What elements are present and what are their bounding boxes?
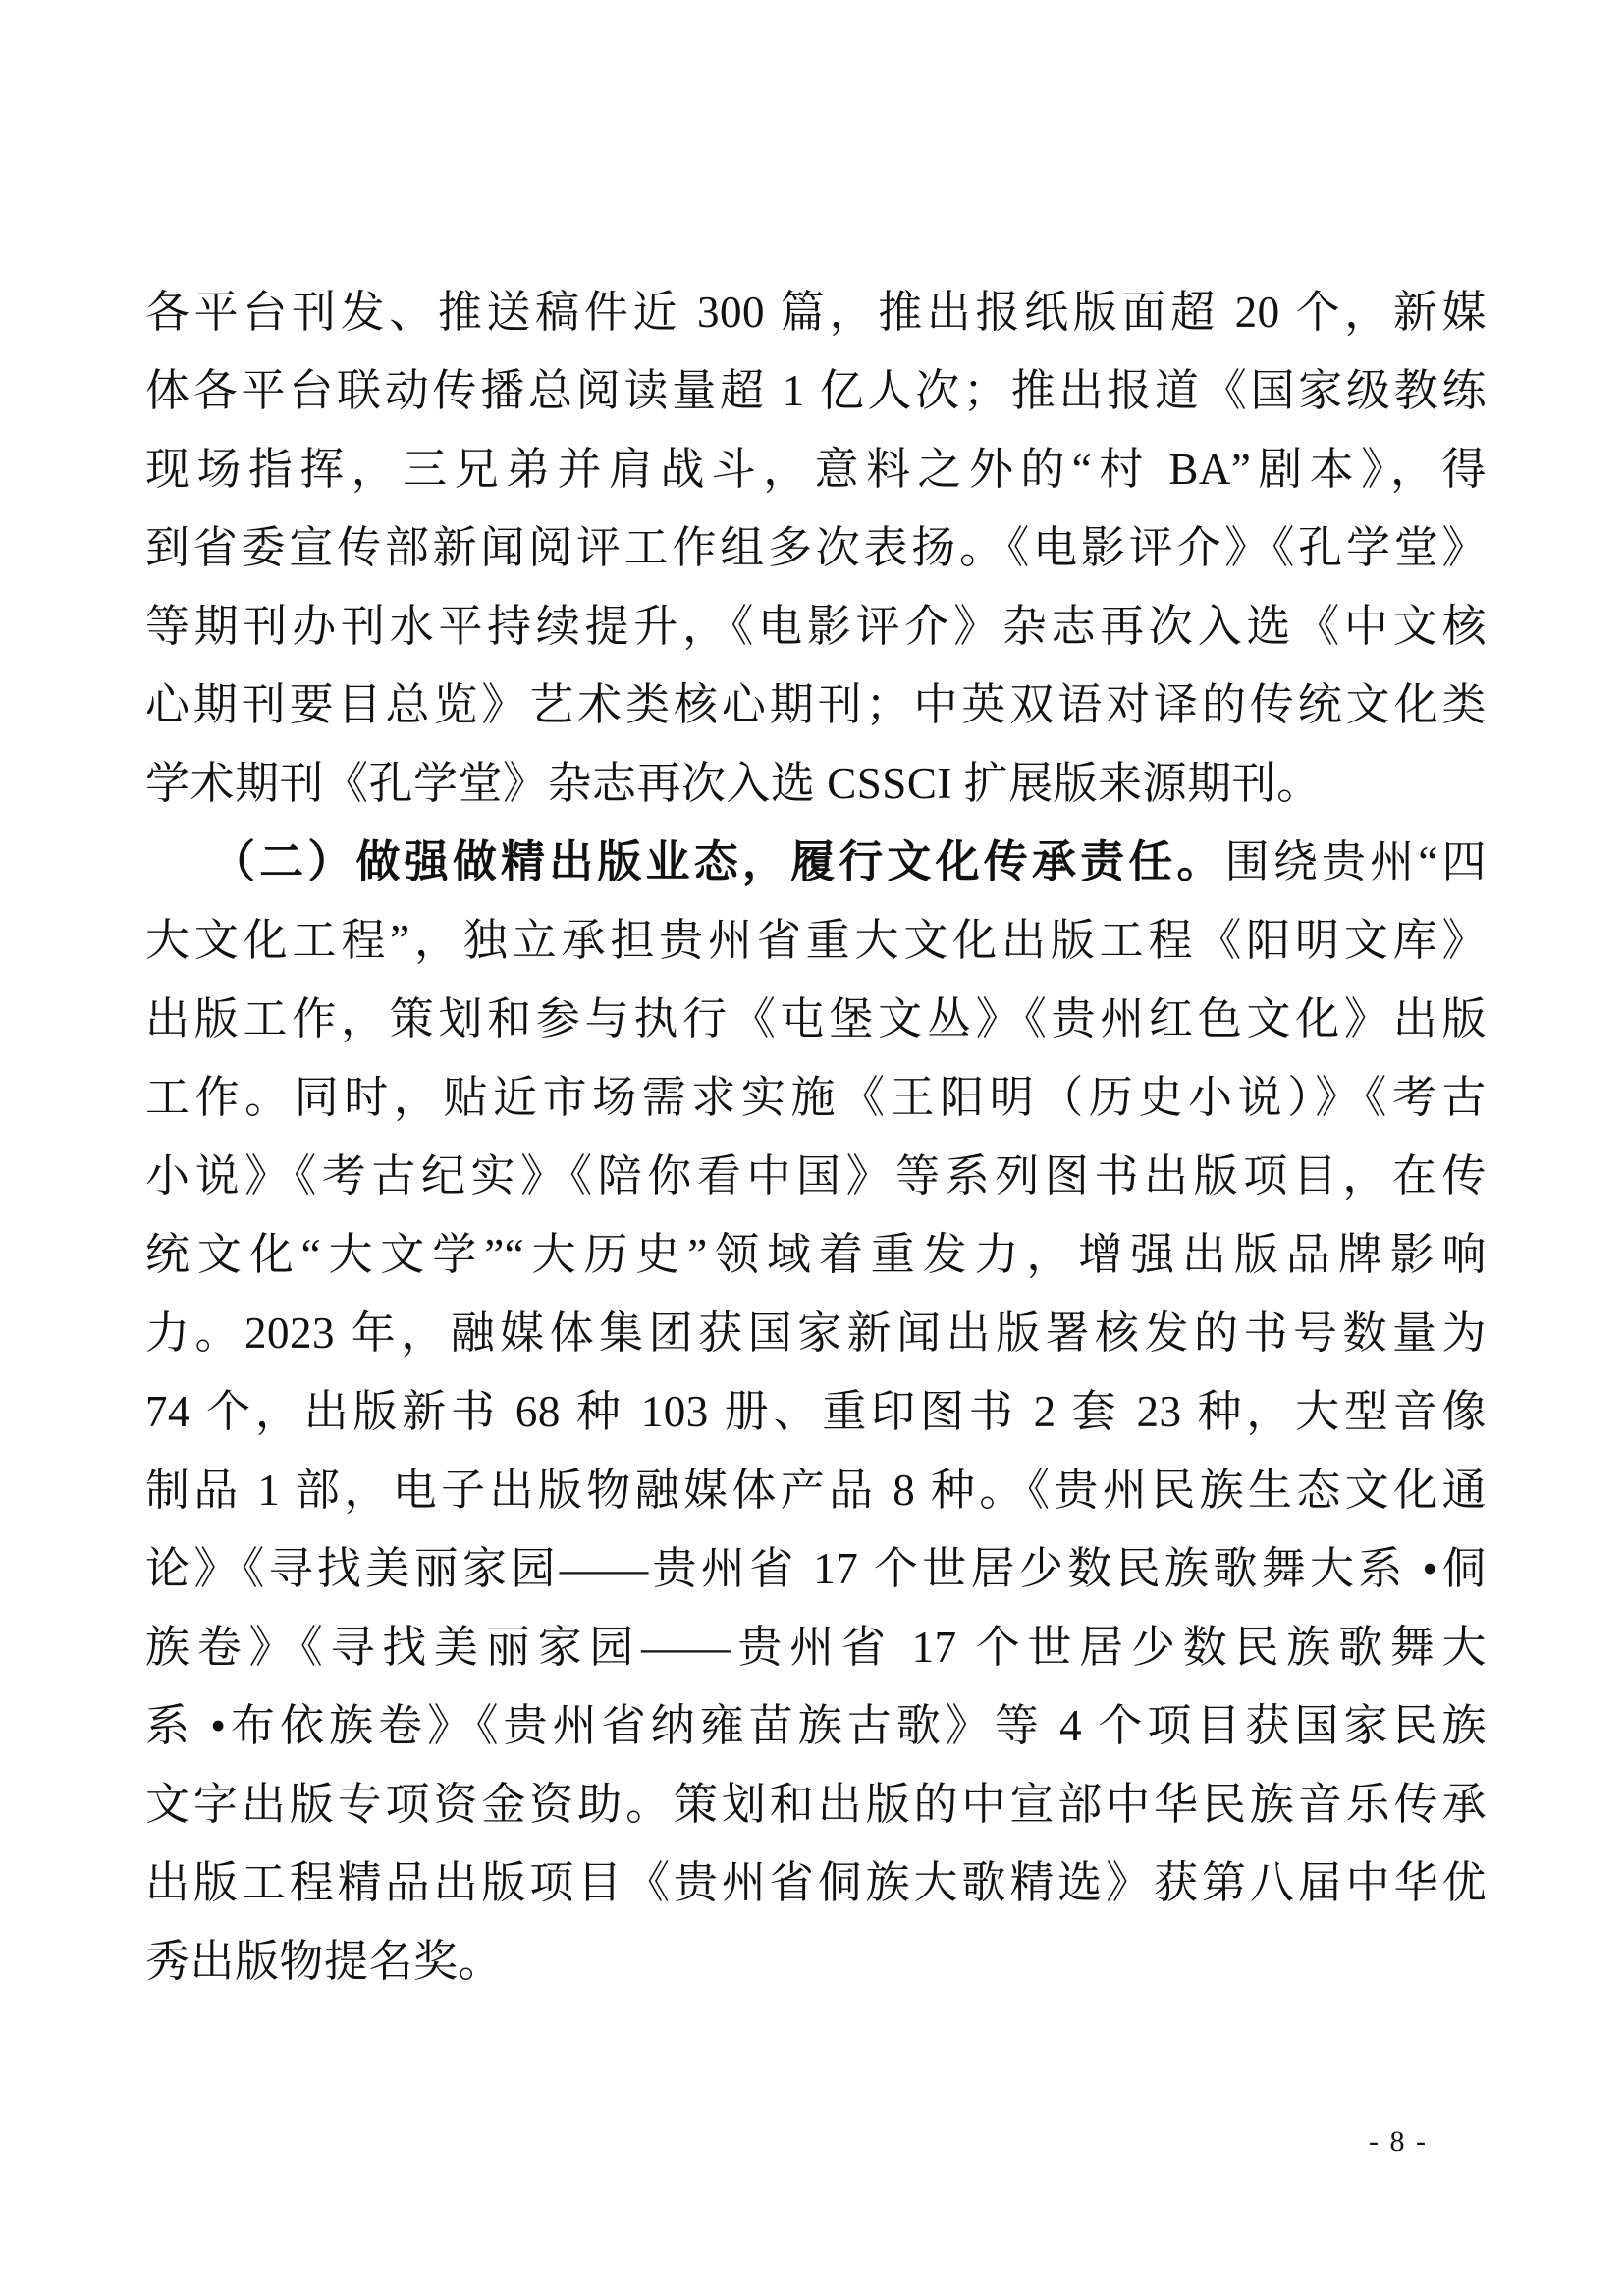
text-segment: 制品 1 部，电子出版物融媒体产品 8 种。《贵州民族生态文化通	[145, 1466, 1487, 1515]
text-line: 小说》《考古纪实》《陪你看中国》等系列图书出版项目，在传	[145, 1137, 1487, 1215]
text-line: （二）做强做精出版业态，履行文化传承责任。围绕贵州“四	[145, 823, 1487, 901]
text-segment: 工作。同时，贴近市场需求实施《王阳明（历史小说）》《考古	[145, 1073, 1487, 1122]
paragraph: 各平台刊发、推送稿件近 300 篇，推出报纸版面超 20 个，新媒体各平台联动传…	[145, 273, 1487, 823]
text-segment: 到省委宣传部新闻阅评工作组多次表扬。《电影评介》《孔学堂》	[145, 523, 1487, 572]
text-line: 工作。同时，贴近市场需求实施《王阳明（历史小说）》《考古	[145, 1058, 1487, 1137]
text-segment: 心期刊要目总览》艺术类核心期刊；中英双语对译的传统文化类	[145, 680, 1487, 729]
text-line: 统文化“大文学”“大历史”领域着重发力，增强出版品牌影响	[145, 1215, 1487, 1294]
text-line: 力。2023 年，融媒体集团获国家新闻出版署核发的书号数量为	[145, 1294, 1487, 1372]
text-segment: 74 个，出版新书 68 种 103 册、重印图书 2 套 23 种，大型音像	[145, 1387, 1487, 1436]
text-line: 出版工程精品出版项目《贵州省侗族大歌精选》获第八届中华优	[145, 1843, 1487, 1922]
text-segment: 文字出版专项资金资助。策划和出版的中宣部中华民族音乐传承	[145, 1780, 1487, 1829]
text-segment: 族卷》《寻找美丽家园——贵州省 17 个世居少数民族歌舞大	[145, 1623, 1487, 1672]
text-segment: 系 •布依族卷》《贵州省纳雍苗族古歌》等 4 个项目获国家民族	[145, 1701, 1487, 1750]
text-line: 心期刊要目总览》艺术类核心期刊；中英双语对译的传统文化类	[145, 666, 1487, 744]
text-line: 出版工作，策划和参与执行《屯堡文丛》《贵州红色文化》出版	[145, 980, 1487, 1058]
text-segment: 统文化“大文学”“大历史”领域着重发力，增强出版品牌影响	[145, 1230, 1487, 1279]
text-line: 论》《寻找美丽家园——贵州省 17 个世居少数民族歌舞大系 •侗	[145, 1529, 1487, 1608]
text-line: 到省委宣传部新闻阅评工作组多次表扬。《电影评介》《孔学堂》	[145, 508, 1487, 587]
text-segment: 出版工程精品出版项目《贵州省侗族大歌精选》获第八届中华优	[145, 1858, 1487, 1907]
paragraph: （二）做强做精出版业态，履行文化传承责任。围绕贵州“四大文化工程”，独立承担贵州…	[145, 823, 1487, 2001]
text-line: 等期刊办刊水平持续提升，《电影评介》杂志再次入选《中文核	[145, 587, 1487, 666]
text-segment: 秀出版物提名奖。	[145, 1937, 503, 1986]
text-line: 文字出版专项资金资助。策划和出版的中宣部中华民族音乐传承	[145, 1765, 1487, 1843]
text-line: 制品 1 部，电子出版物融媒体产品 8 种。《贵州民族生态文化通	[145, 1451, 1487, 1529]
text-segment: 现场指挥，三兄弟并肩战斗，意料之外的“村 BA”剧本》，得	[145, 445, 1487, 494]
text-line: 现场指挥，三兄弟并肩战斗，意料之外的“村 BA”剧本》，得	[145, 430, 1487, 508]
text-segment: 出版工作，策划和参与执行《屯堡文丛》《贵州红色文化》出版	[145, 994, 1487, 1043]
text-segment: 力。2023 年，融媒体集团获国家新闻出版署核发的书号数量为	[145, 1308, 1487, 1358]
text-segment: 体各平台联动传播总阅读量超 1 亿人次；推出报道《国家级教练	[145, 366, 1487, 415]
text-segment-bold: （二）做强做精出版业态，履行文化传承责任。	[211, 837, 1225, 886]
text-segment: 各平台刊发、推送稿件近 300 篇，推出报纸版面超 20 个，新媒	[145, 288, 1487, 337]
page-number: - 8 -	[1369, 2122, 1428, 2162]
text-segment: 大文化工程”，独立承担贵州省重大文化出版工程《阳明文库》	[145, 916, 1487, 965]
text-line: 体各平台联动传播总阅读量超 1 亿人次；推出报道《国家级教练	[145, 351, 1487, 430]
text-line: 族卷》《寻找美丽家园——贵州省 17 个世居少数民族歌舞大	[145, 1608, 1487, 1686]
text-line: 学术期刊《孔学堂》杂志再次入选 CSSCI 扩展版来源期刊。	[145, 744, 1487, 823]
text-segment: 学术期刊《孔学堂》杂志再次入选 CSSCI 扩展版来源期刊。	[145, 759, 1322, 808]
text-segment: 围绕贵州“四	[1225, 837, 1487, 886]
text-line: 各平台刊发、推送稿件近 300 篇，推出报纸版面超 20 个，新媒	[145, 273, 1487, 351]
text-line: 74 个，出版新书 68 种 103 册、重印图书 2 套 23 种，大型音像	[145, 1372, 1487, 1451]
text-segment: 小说》《考古纪实》《陪你看中国》等系列图书出版项目，在传	[145, 1151, 1487, 1201]
text-line: 系 •布依族卷》《贵州省纳雍苗族古歌》等 4 个项目获国家民族	[145, 1686, 1487, 1765]
text-line: 大文化工程”，独立承担贵州省重大文化出版工程《阳明文库》	[145, 901, 1487, 980]
text-line: 秀出版物提名奖。	[145, 1922, 1487, 2001]
text-segment: 等期刊办刊水平持续提升，《电影评介》杂志再次入选《中文核	[145, 602, 1487, 651]
text-segment: 论》《寻找美丽家园——贵州省 17 个世居少数民族歌舞大系 •侗	[145, 1544, 1487, 1593]
document-body: 各平台刊发、推送稿件近 300 篇，推出报纸版面超 20 个，新媒体各平台联动传…	[145, 273, 1487, 2001]
document-page: 各平台刊发、推送稿件近 300 篇，推出报纸版面超 20 个，新媒体各平台联动传…	[0, 0, 1624, 2296]
